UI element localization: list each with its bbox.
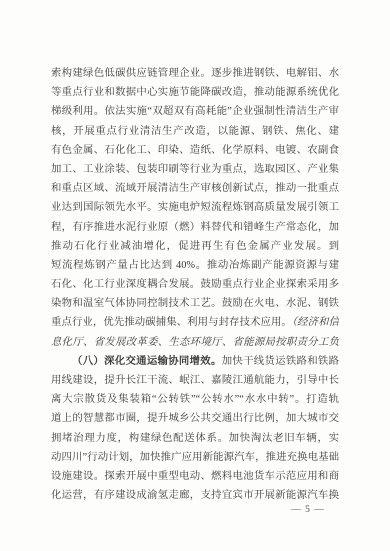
text-line: 程，有序推进水泥行业原（燃）料替代和错峰生产常态化，加快	[51, 218, 339, 237]
text-segment: 有色金属、石化化工、印染、造纸、化学原料、电镀、农副食品	[51, 145, 339, 160]
text-segment: 加工、工业涂装、包装印刷等行业为重点，选取园区、产业集群	[51, 164, 339, 179]
text-line: 息化厅、省发展改革委、生态环境厅、省能源局按职责分工负责）	[51, 333, 339, 352]
text-line: 短流程炼钢产量占比达到 40%。推动冶炼副产能源资源与建材、	[51, 256, 339, 275]
text-segment: 核，开展重点行业清洁生产改造，以能源、钢铁、焦化、建材、	[51, 126, 339, 141]
text-segment: 业达到国际领先水平。实施电炉短流程炼钢高质量发展引领工	[51, 202, 339, 213]
text-segment: 拥堵治理力度，构建绿色配送体系。加快淘汰老旧车辆，实施“电	[51, 433, 339, 448]
text-block: 索构建绿色低碳供应链管理企业。逐步推进钢铁、电解铝、水泥等重点行业和数据中心实施…	[51, 64, 339, 505]
text-line: 加工、工业涂装、包装印刷等行业为重点，选取园区、产业集群	[51, 160, 339, 179]
document-page: 索构建绿色低碳供应链管理企业。逐步推进钢铁、电解铝、水泥等重点行业和数据中心实施…	[0, 0, 390, 551]
text-line: 道上的智慧都市圈，提升城乡公共交通出行比例，加大城市交通	[51, 409, 339, 428]
text-line: 化运营，有序建设成渝氢走廊，支持宜宾市开展新能源汽车换电	[51, 486, 339, 505]
text-segment: （经济和信	[292, 317, 339, 328]
page-number: — 5 —	[280, 504, 336, 516]
text-segment: 梯级利用。依法实施“双超双有高耗能”企业强制性清洁生产审	[51, 106, 339, 117]
text-segment: 动四川”行动计划，加快推广应用新能源汽车，推进充换电基础	[51, 452, 339, 463]
text-line: 推动石化行业减油增化，促进再生有色金属产业发展。到 2025，	[51, 237, 339, 256]
text-line: 核，开展重点行业清洁生产改造，以能源、钢铁、焦化、建材、	[51, 122, 339, 141]
text-segment: 石化、化工行业深度耦合发展。鼓励重点行业企业探索采用多污	[51, 279, 339, 294]
text-line: 等重点行业和数据中心实施节能降碳改造，推动能源系统优化和	[51, 83, 339, 102]
text-segment: 设施建设。探索开展中重型电动、燃料电池货车示范应用和商业	[51, 471, 339, 486]
text-line: 用线建设，提升长江干流、岷江、嘉陵江通航能力，引导中长距	[51, 371, 339, 390]
text-line: 动四川”行动计划，加快推广应用新能源汽车，推进充换电基础	[51, 448, 339, 467]
text-line: 梯级利用。依法实施“双超双有高耗能”企业强制性清洁生产审	[51, 102, 339, 121]
section-heading: （八）深化交通运输协同增效。	[72, 356, 222, 367]
text-line: 染物和温室气体协同控制技术工艺。鼓励在火电、水泥、钢铁等	[51, 294, 339, 313]
text-line: （八）深化交通运输协同增效。加快干线货运铁路和铁路专	[51, 352, 339, 371]
text-segment: 用线建设，提升长江干流、岷江、嘉陵江通航能力，引导中长距	[51, 375, 339, 390]
text-segment: 索构建绿色低碳供应链管理企业。逐步推进钢铁、电解铝、水泥	[51, 68, 339, 83]
text-line: 索构建绿色低碳供应链管理企业。逐步推进钢铁、电解铝、水泥	[51, 64, 339, 83]
text-segment: 和重点区域、流域开展清洁生产审核创新试点，推动一批重点企	[51, 183, 339, 198]
text-line: 离大宗散货及集装箱“公转铁”“公转水”“水水中转”。打造轨	[51, 390, 339, 409]
text-line: 和重点区域、流域开展清洁生产审核创新试点，推动一批重点企	[51, 179, 339, 198]
text-line: 业达到国际领先水平。实施电炉短流程炼钢高质量发展引领工	[51, 198, 339, 217]
text-segment: 短流程炼钢产量占比达到 40%。推动冶炼副产能源资源与建材、	[51, 260, 339, 275]
text-segment: 推动石化行业减油增化，促进再生有色金属产业发展。到 2025，	[51, 241, 339, 256]
text-segment: 息化厅、省发展改革委、生态环境厅、省能源局按职责分工负责）	[51, 337, 339, 352]
text-line: 设施建设。探索开展中重型电动、燃料电池货车示范应用和商业	[51, 467, 339, 486]
text-segment: 程，有序推进水泥行业原（燃）料替代和错峰生产常态化，加快	[51, 222, 339, 237]
text-segment: 染物和温室气体协同控制技术工艺。鼓励在火电、水泥、钢铁等	[51, 298, 339, 313]
text-line: 重点行业，优先推动碳捕集、利用与封存技术应用。（经济和信	[51, 313, 339, 332]
text-line: 拥堵治理力度，构建绿色配送体系。加快淘汰老旧车辆，实施“电	[51, 429, 339, 448]
text-segment: 重点行业，优先推动碳捕集、利用与封存技术应用。	[51, 317, 292, 328]
text-line: 有色金属、石化化工、印染、造纸、化学原料、电镀、农副食品	[51, 141, 339, 160]
text-segment: 道上的智慧都市圈，提升城乡公共交通出行比例，加大城市交通	[51, 413, 339, 428]
text-segment: 离大宗散货及集装箱“公转铁”“公转水”“水水中转”。打造轨	[51, 394, 339, 405]
text-line: 石化、化工行业深度耦合发展。鼓励重点行业企业探索采用多污	[51, 275, 339, 294]
text-segment: 等重点行业和数据中心实施节能降碳改造，推动能源系统优化和	[51, 87, 339, 102]
